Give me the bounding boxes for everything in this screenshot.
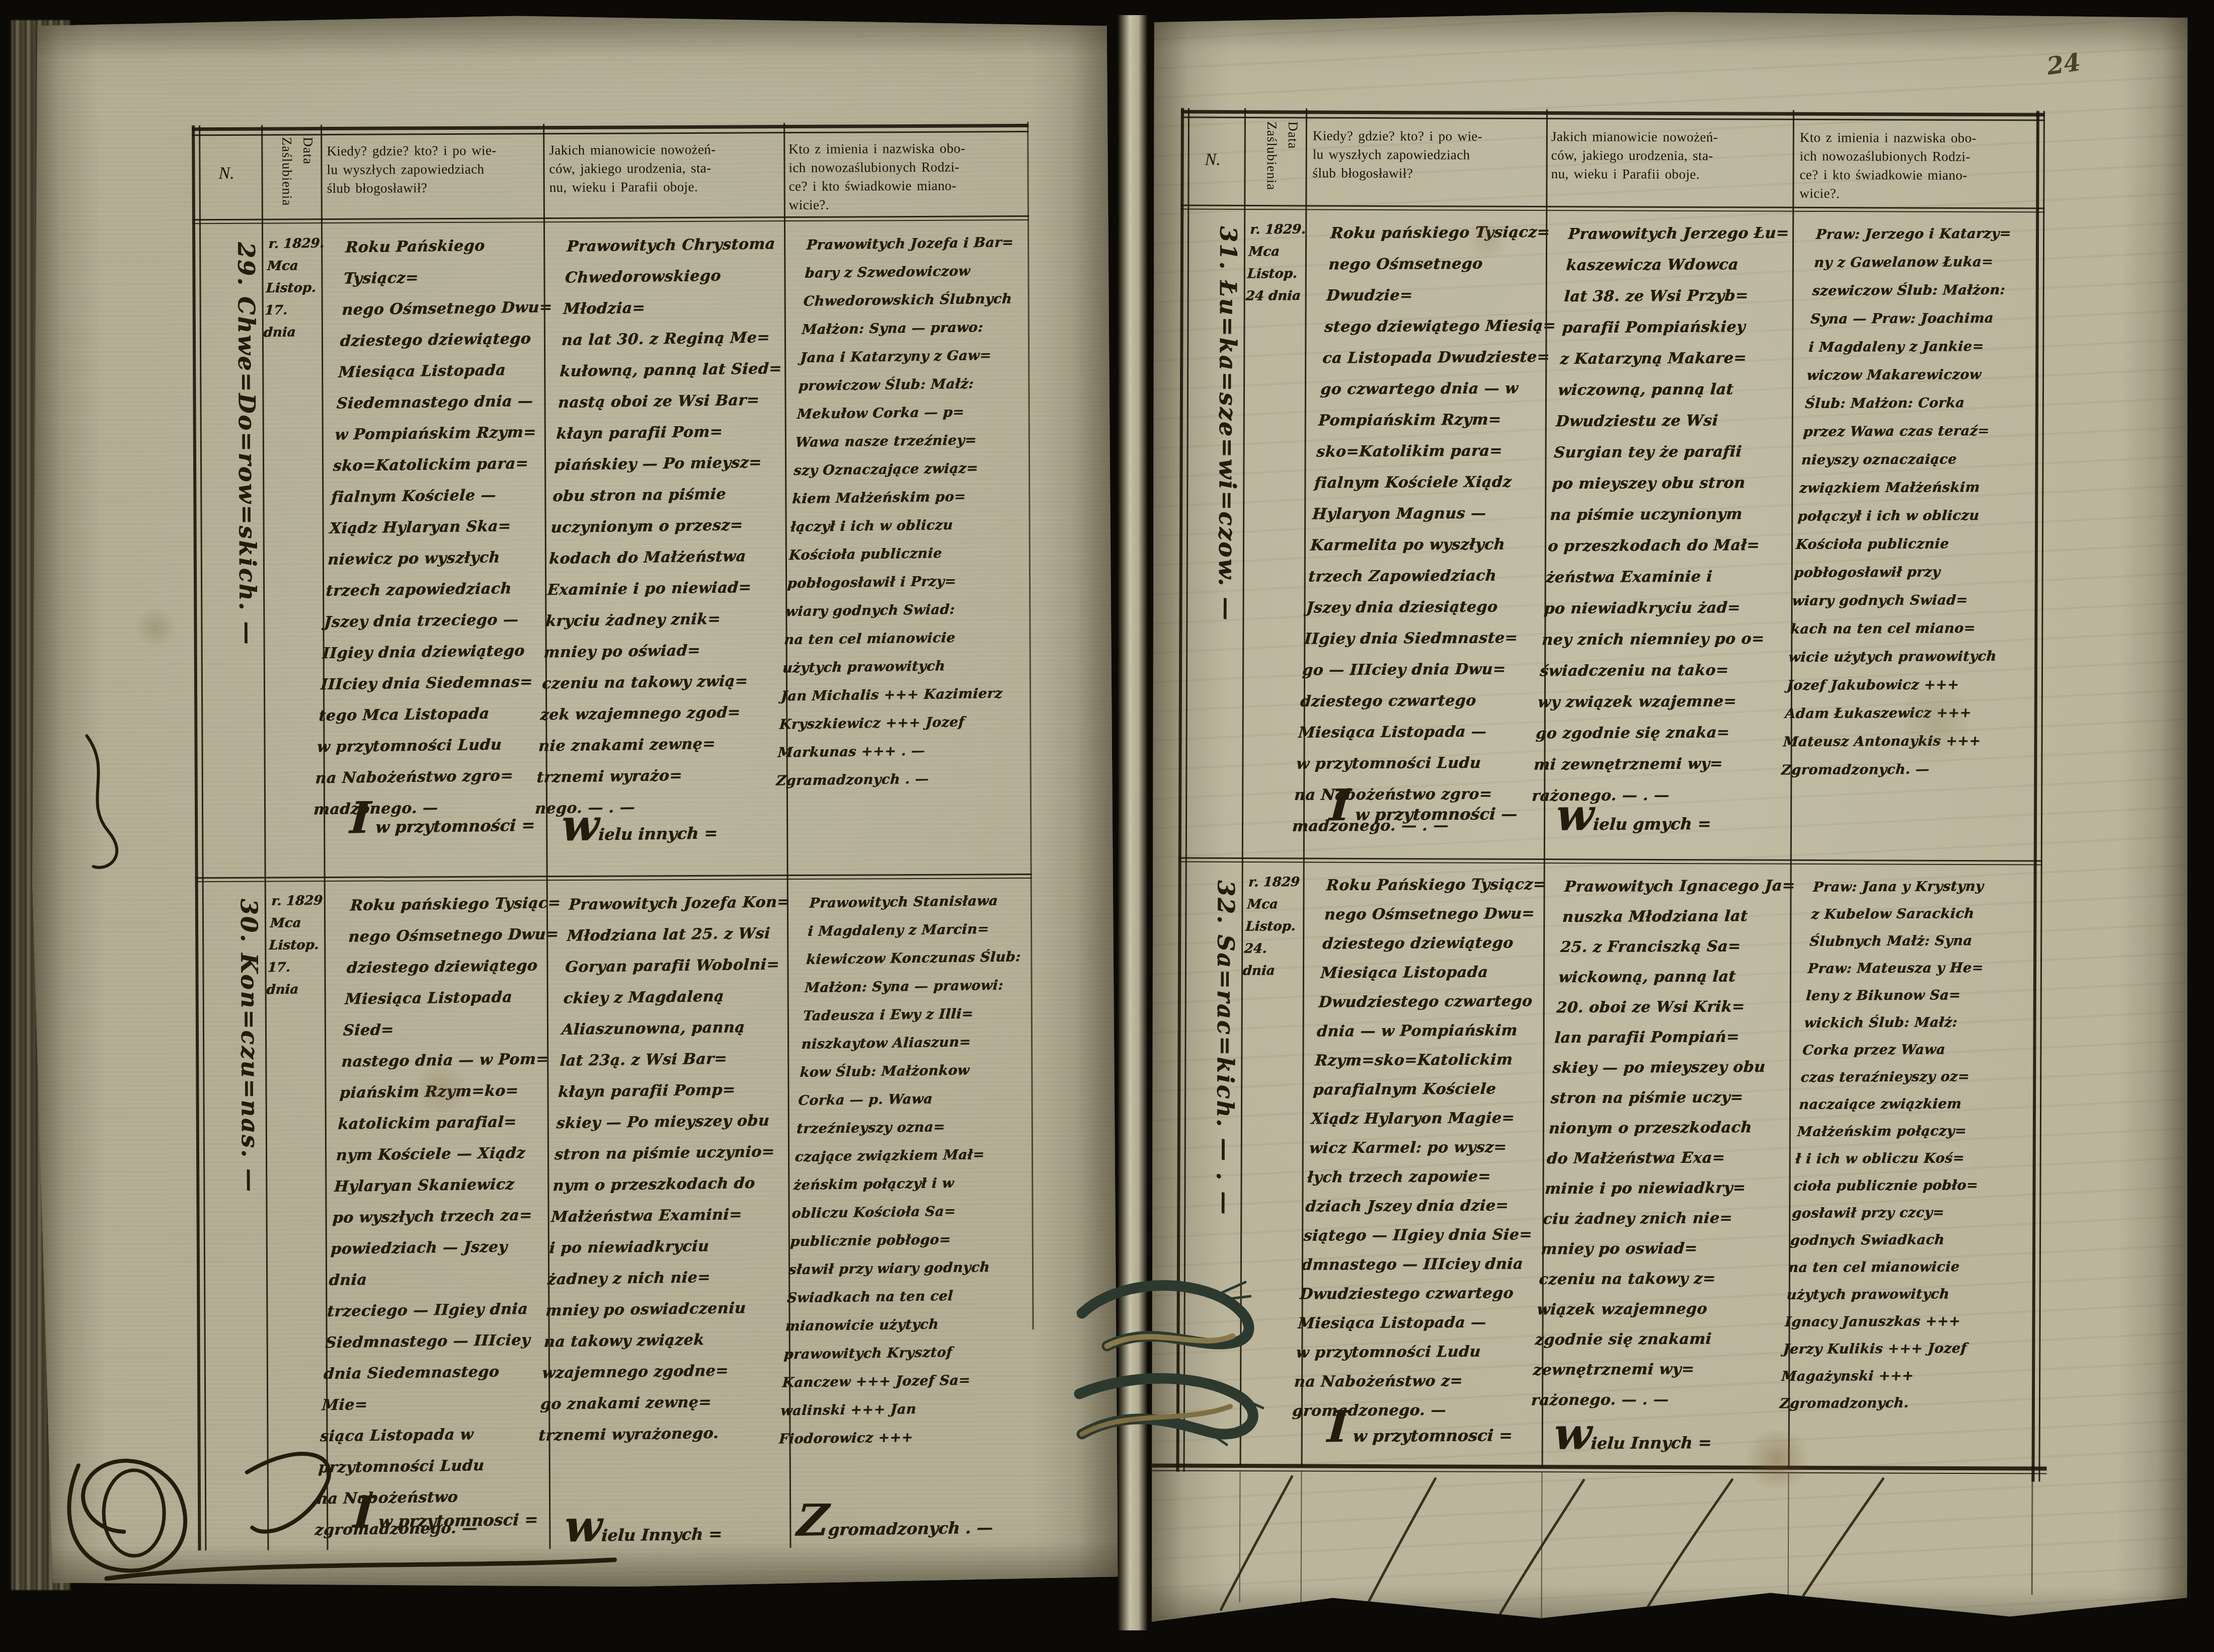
binding-threads [1032, 1233, 1333, 1560]
flourish-ornament [24, 12, 1118, 1594]
left-page: N. Data Zaślubienia Kiedy? gdzie? kto? i… [24, 12, 1118, 1594]
scanned-registry-photo: { "page_number": "24", "colors": { "back… [0, 0, 2214, 1652]
page-number: 24 [2045, 48, 2082, 81]
